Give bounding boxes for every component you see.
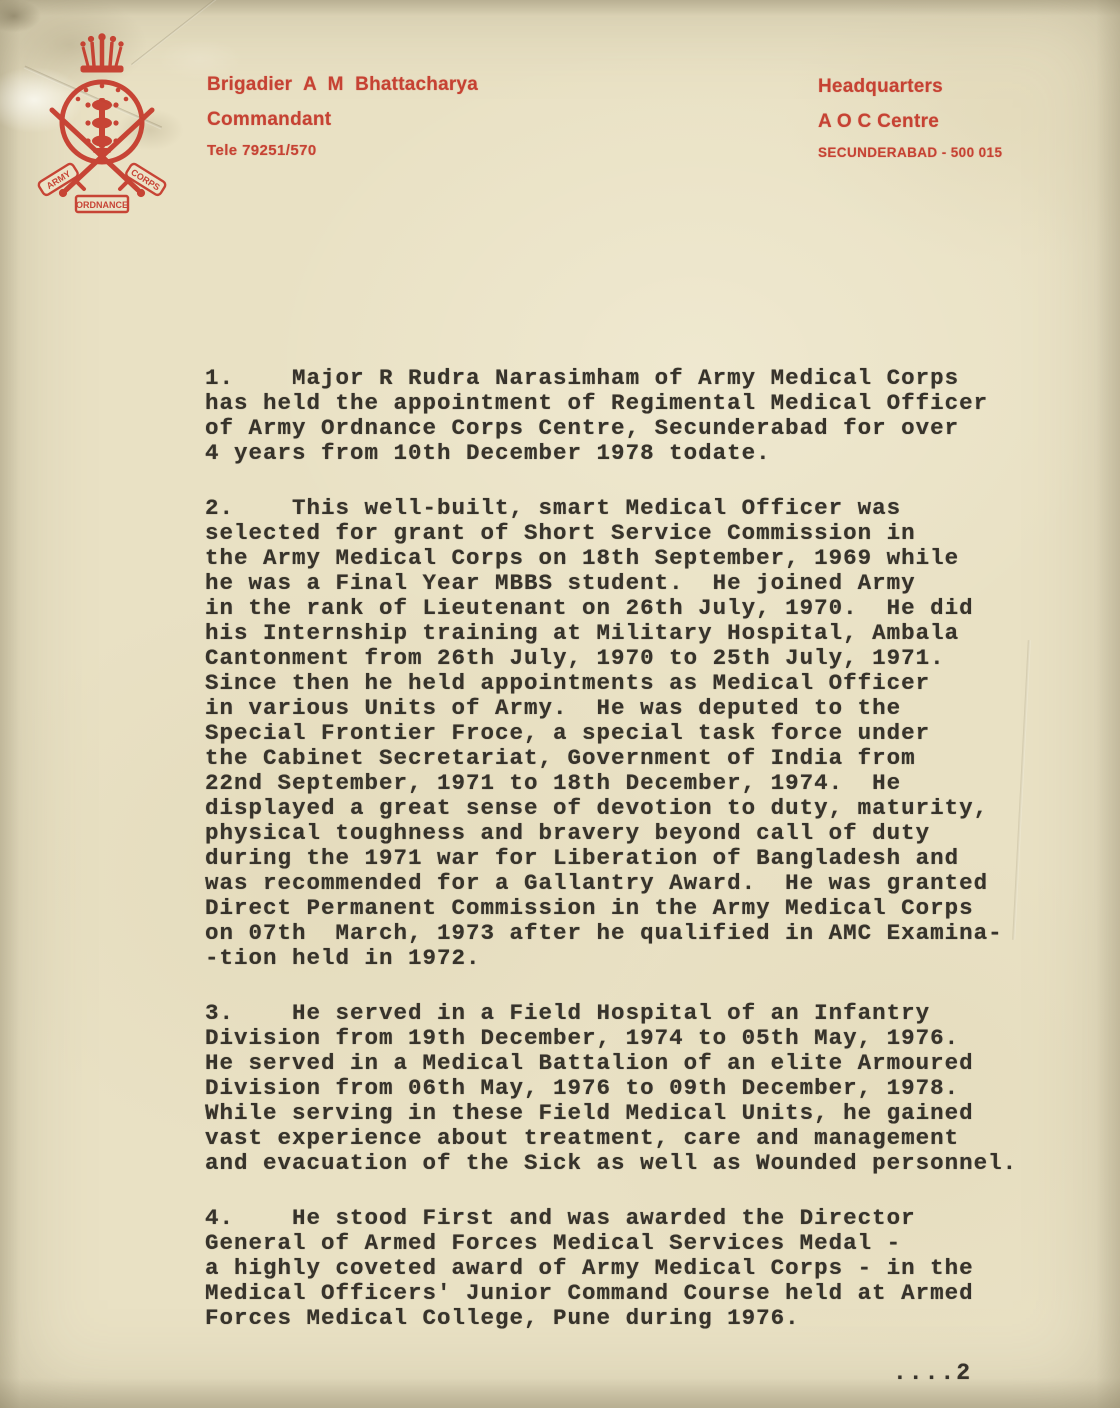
crest-scroll-text-ordnance: ORDNANCE [76,200,128,210]
paragraph-4: 4. He stood First and was awarded the Di… [205,1206,1090,1331]
address-line: SECUNDERABAD - 500 015 [818,145,1002,160]
paragraph-1: 1. Major R Rudra Narasimham of Army Medi… [205,366,1090,466]
ordnance-shield-icon [62,82,142,162]
paragraph-3: 3. He served in a Field Hospital of an I… [205,1001,1090,1176]
aoc-centre-line: A O C Centre [818,111,1002,133]
scanned-letter-page: ARMY ORDNANCE CORPS Brigadier A M Bhatta… [0,0,1120,1408]
headquarters-line: Headquarters [818,76,1002,98]
paragraph-2: 2. This well-built, smart Medical Office… [205,496,1090,971]
letter-body: 1. Major R Rudra Narasimham of Army Medi… [205,366,1090,1361]
letterhead-left-block: Brigadier A M Bhattacharya Commandant Te… [207,74,478,159]
page-continuation-indicator: ....2 [893,1360,972,1386]
crest-scroll: ARMY ORDNANCE CORPS [37,162,166,212]
officer-title: Commandant [207,109,478,131]
officer-name: Brigadier A M Bhattacharya [207,74,478,96]
letterhead-right-block: Headquarters A O C Centre SECUNDERABAD -… [818,76,1002,160]
ashoka-capital-icon [81,34,123,72]
army-ordnance-corps-crest-icon: ARMY ORDNANCE CORPS [36,26,168,226]
officer-telephone: Tele 79251/570 [207,142,478,159]
